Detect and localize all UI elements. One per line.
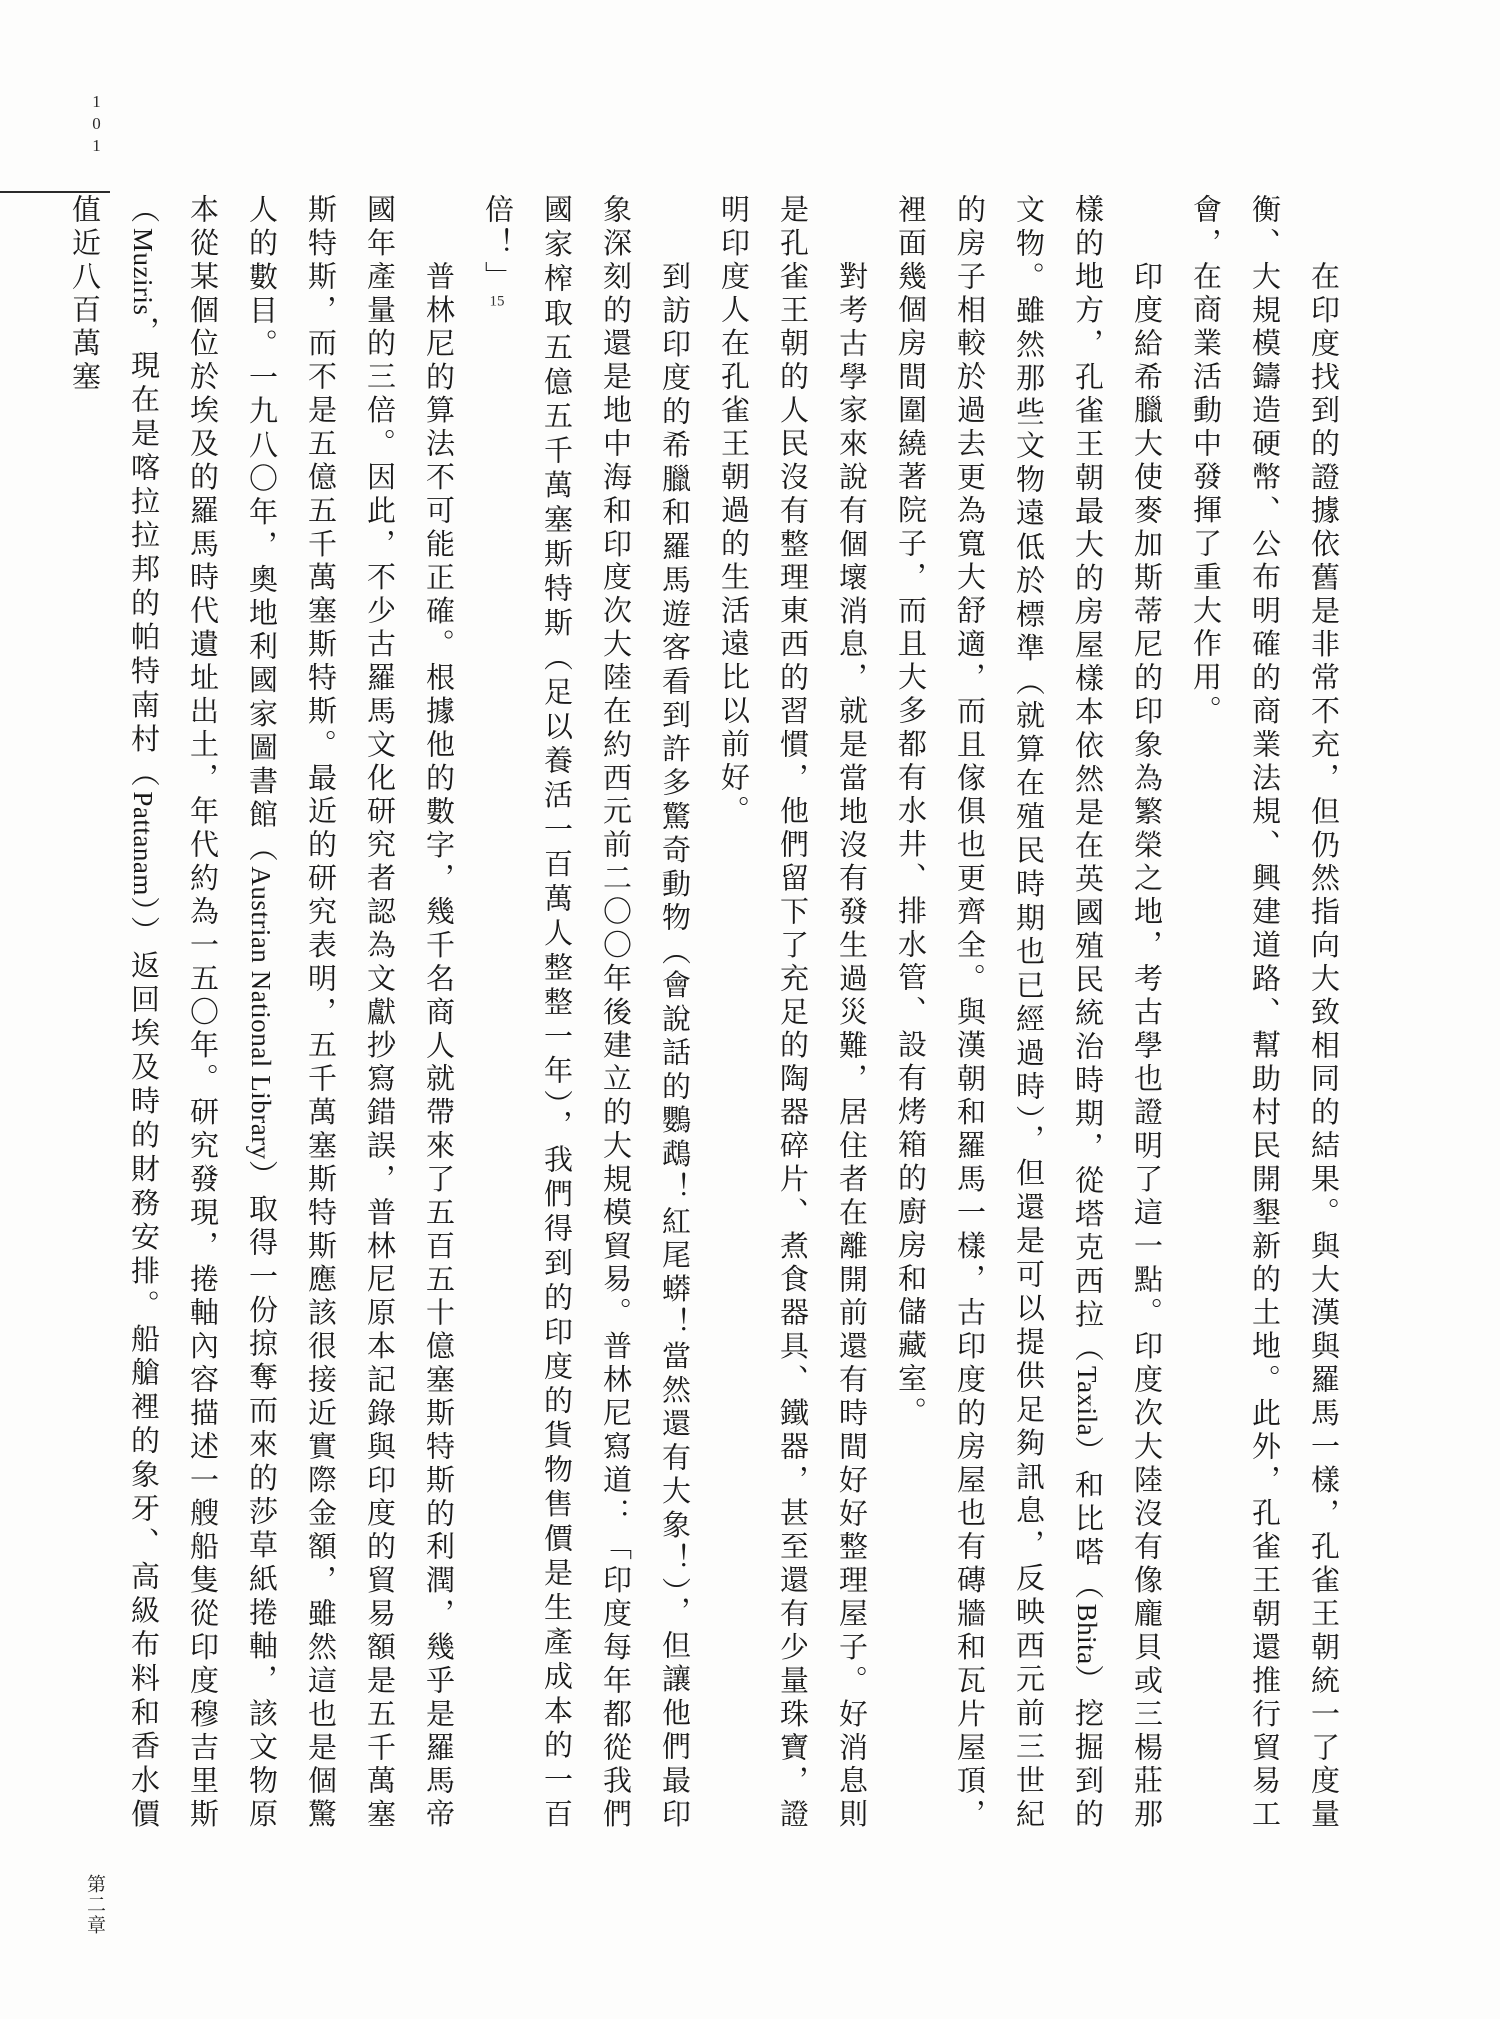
latin-text: Taxila [1072,1366,1102,1436]
latin-text: Pattanam [128,791,158,895]
header-rule [0,191,110,193]
paragraph: 到訪印度的希臘和羅馬遊客看到許多驚奇動物（會說話的鸚鵡！紅尾蟒！當然還有大象！）… [467,194,703,1832]
paragraph: 普林尼的算法不可能正確。根據他的數字，幾千名商人就帶來了五百五十億塞斯特斯的利潤… [54,194,467,1832]
page-number: 101 [86,92,106,158]
latin-text: Bhita [1072,1604,1102,1665]
footnote-marker: 15 [489,294,505,309]
paragraph: 印度給希臘大使麥加斯蒂尼的印象為繁榮之地，考古學也證明了這一點。印度次大陸沒有像… [880,194,1175,1832]
latin-text: Muziris [128,228,158,316]
book-page: 101 在印度找到的證據依舊是非常不充，但仍然指向大致相同的結果。與大漢與羅馬一… [0,0,1500,2019]
latin-text: Austrian National Library [246,866,276,1159]
chapter-label: 第二章 [81,1874,108,1936]
paragraph: 在印度找到的證據依舊是非常不充，但仍然指向大致相同的結果。與大漢與羅馬一樣，孔雀… [1175,194,1352,1832]
paragraph: 對考古學家來說有個壞消息，就是當地沒有發生過災難，居住者在離開前還有時間好好整理… [703,194,880,1832]
body-text: 在印度找到的證據依舊是非常不充，但仍然指向大致相同的結果。與大漢與羅馬一樣，孔雀… [168,194,1352,1832]
